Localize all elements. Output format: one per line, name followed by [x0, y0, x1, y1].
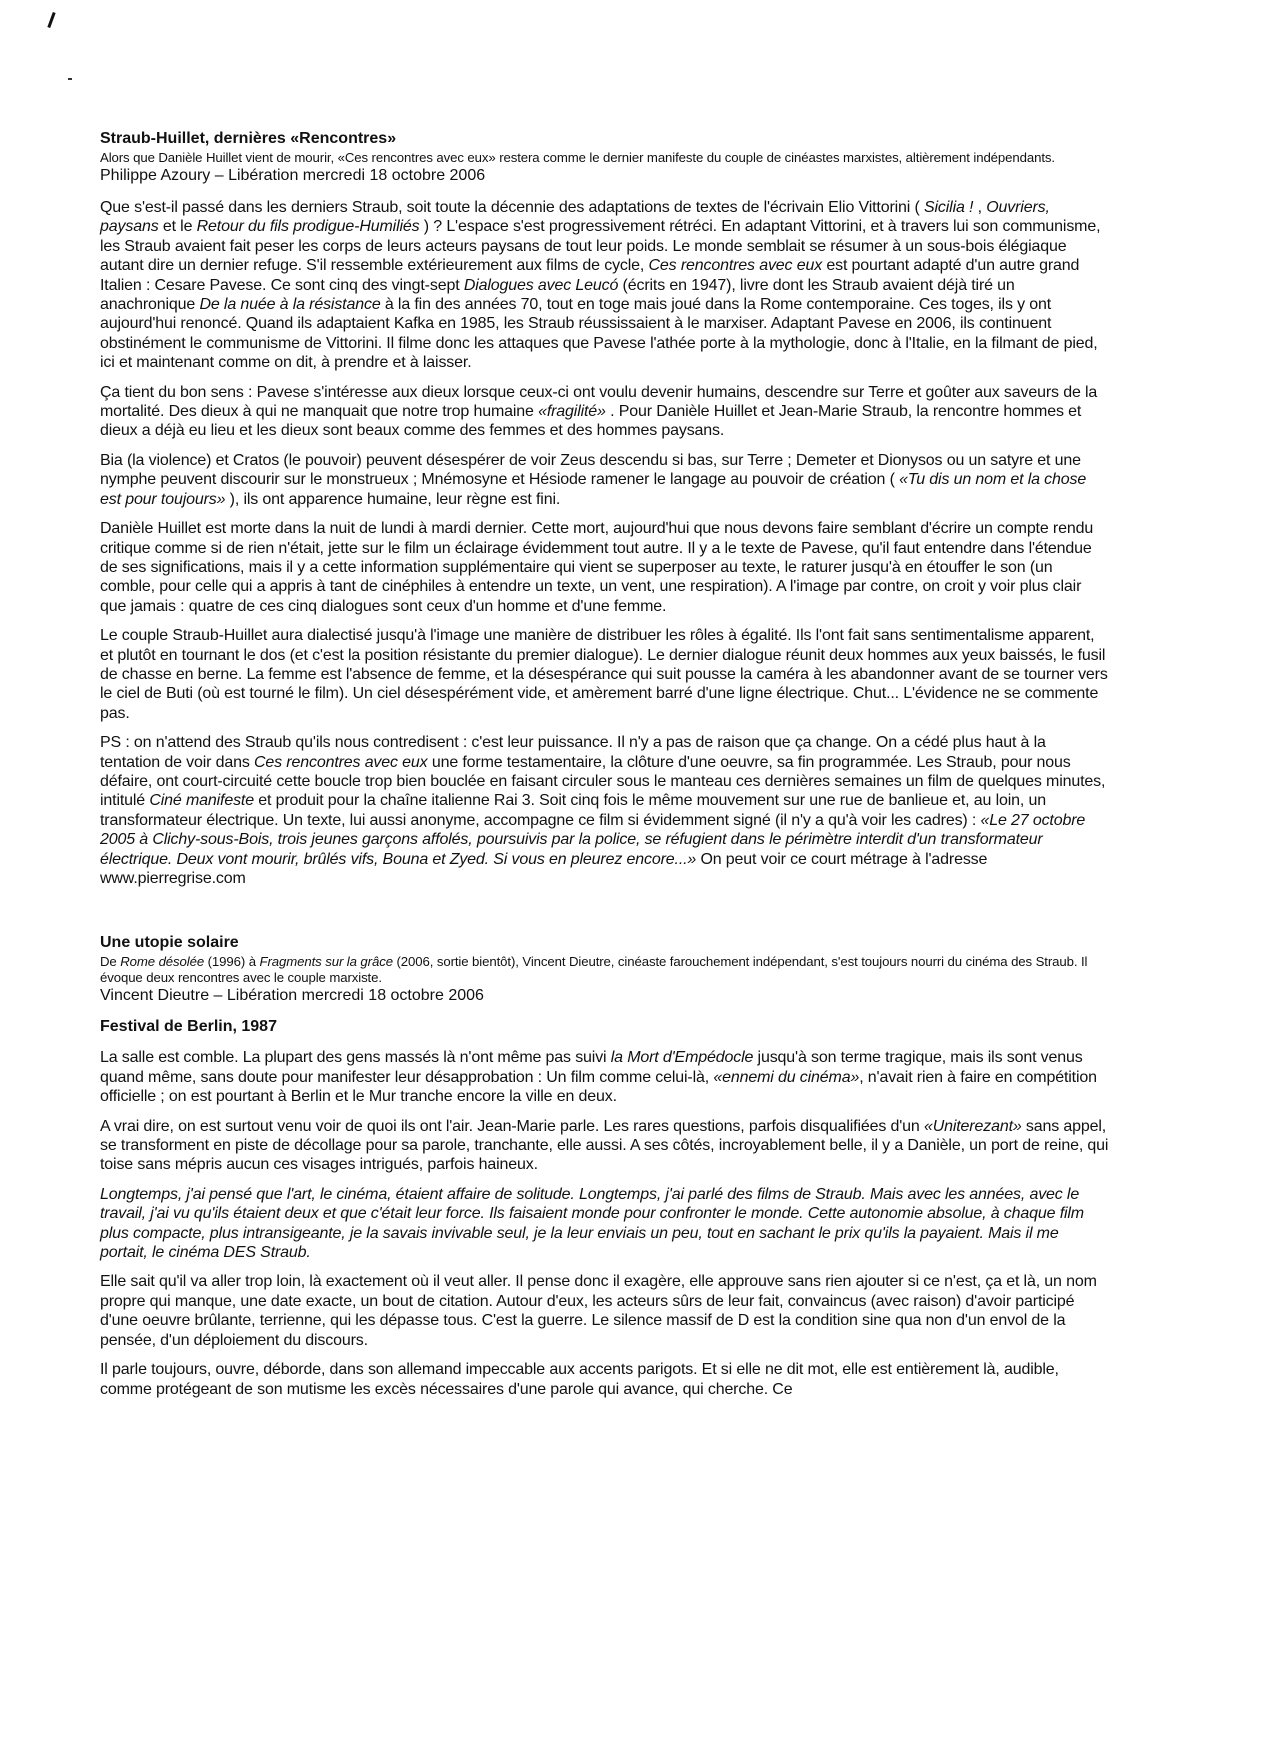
article-byline: Philippe Azoury – Libération mercredi 18… [100, 166, 1110, 186]
article-straub-huillet: Straub-Huillet, dernières «Rencontres» A… [100, 130, 1110, 888]
paragraph: Bia (la violence) et Cratos (le pouvoir)… [100, 451, 1110, 509]
paragraph: Danièle Huillet est morte dans la nuit d… [100, 519, 1110, 616]
paragraph: PS : on n'attend des Straub qu'ils nous … [100, 733, 1110, 888]
stray-pen-mark [47, 12, 55, 28]
article-byline: Vincent Dieutre – Libération mercredi 18… [100, 986, 1110, 1006]
paragraph: La salle est comble. La plupart des gens… [100, 1048, 1110, 1106]
section-heading: Festival de Berlin, 1987 [100, 1018, 1110, 1036]
scan-speck [68, 78, 72, 80]
article-utopie-solaire: Une utopie solaire De Rome désolée (1996… [100, 934, 1110, 1399]
article-lede: Alors que Danièle Huillet vient de mouri… [100, 150, 1110, 166]
paragraph: Longtemps, j'ai pensé que l'art, le ciné… [100, 1185, 1110, 1263]
article-body: La salle est comble. La plupart des gens… [100, 1048, 1110, 1399]
article-title: Une utopie solaire [100, 934, 1110, 952]
paragraph: Il parle toujours, ouvre, déborde, dans … [100, 1360, 1110, 1399]
article-body: Que s'est-il passé dans les derniers Str… [100, 198, 1110, 888]
paragraph: A vrai dire, on est surtout venu voir de… [100, 1117, 1110, 1175]
paragraph: Le couple Straub-Huillet aura dialectisé… [100, 626, 1110, 723]
article-lede: De Rome désolée (1996) à Fragments sur l… [100, 954, 1110, 986]
section-spacer [100, 898, 1110, 934]
paragraph: Ça tient du bon sens : Pavese s'intéress… [100, 383, 1110, 441]
document-page: Straub-Huillet, dernières «Rencontres» A… [100, 130, 1110, 1409]
article-title: Straub-Huillet, dernières «Rencontres» [100, 130, 1110, 148]
paragraph: Elle sait qu'il va aller trop loin, là e… [100, 1272, 1110, 1350]
paragraph: Que s'est-il passé dans les derniers Str… [100, 198, 1110, 373]
